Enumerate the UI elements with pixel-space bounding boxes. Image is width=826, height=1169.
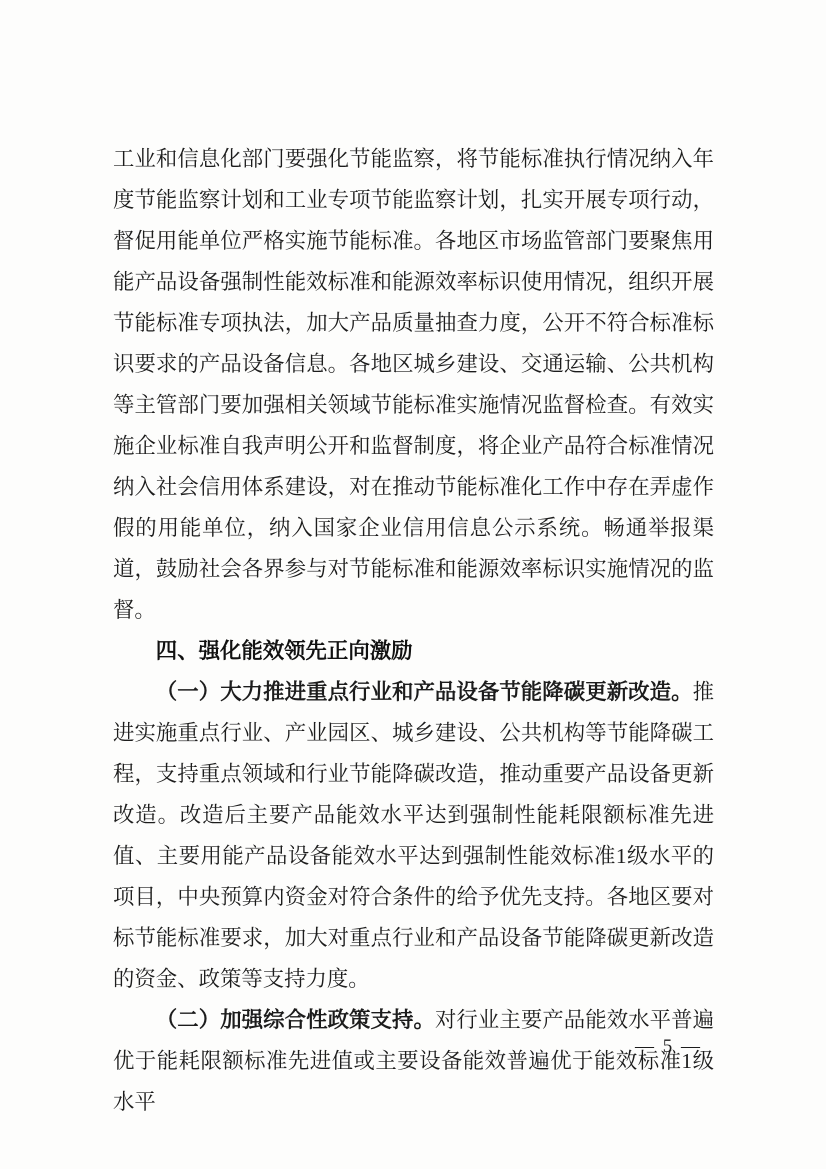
paragraph-continuation: 工业和信息化部门要强化节能监察，将节能标准执行情况纳入年度节能监察计划和工业专项… [113,139,714,631]
page-number: — 5 — [635,1036,702,1058]
item-one-lead: （一）大力推进重点行业和产品设备节能降碳更新改造。 [156,680,693,704]
item-two-lead: （二）加强综合性政策支持。 [156,1008,435,1032]
section-heading: 四、强化能效领先正向激励 [113,631,714,672]
item-one-body: 推进实施重点行业、产业园区、城乡建设、公共机构等节能降碳工程，支持重点领域和行业… [113,680,714,991]
paragraph-item-one: （一）大力推进重点行业和产品设备节能降碳更新改造。推进实施重点行业、产业园区、城… [113,672,714,1000]
document-text-block: 工业和信息化部门要强化节能监察，将节能标准执行情况纳入年度节能监察计划和工业专项… [113,139,714,1123]
document-page: 工业和信息化部门要强化节能监察，将节能标准执行情况纳入年度节能监察计划和工业专项… [0,0,826,1169]
paragraph-item-two: （二）加强综合性政策支持。对行业主要产品能效水平普遍优于能耗限额标准先进值或主要… [113,1000,714,1123]
